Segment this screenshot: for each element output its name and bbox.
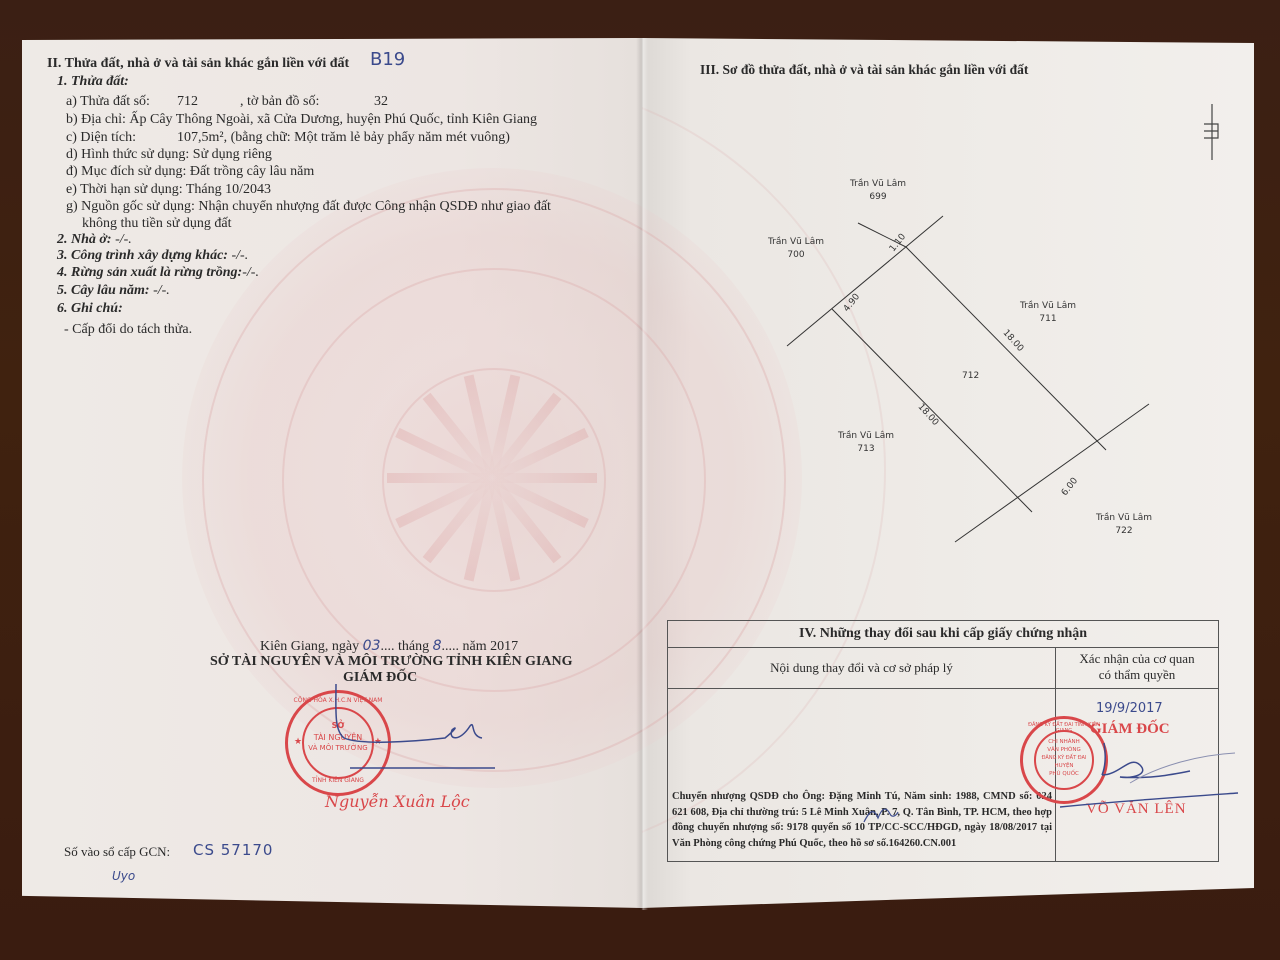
initials-mark [860,800,900,830]
parcel-number-label: a) Thửa đất số: [66,94,150,110]
header-confirm-line-2: có thẩm quyền [1056,667,1218,683]
header-change-content: Nội dung thay đổi và cơ sở pháp lý [668,648,1056,688]
signer-name: Nguyễn Xuân Lộc [325,792,470,811]
parcel-diagram [740,170,1240,570]
section-item-label: 6. Ghi chú: [57,301,123,316]
map-sheet-value: 32 [374,94,388,110]
parcel-heading: 1. Thửa đất: [57,74,129,90]
neighbor-parcel-number: 713 [838,443,894,456]
issue-day: 03 [363,638,381,654]
neighbor-owner: Trần Vũ Lâm [850,178,906,191]
note-text: - Cấp đổi do tách thửa. [64,322,192,338]
book-spine [636,38,648,910]
section-item: 6. Ghi chú: [57,301,123,317]
area-value: 107,5m², (bằng chữ: Một trăm lẻ bảy phẩy… [177,130,510,146]
section-title-ii: II. Thửa đất, nhà ở và tài sản khác gắn … [47,56,349,72]
north-arrow-icon [1202,104,1222,160]
address: b) Địa chỉ: Ấp Cây Thông Ngoài, xã Cửa D… [66,112,537,128]
area-label: c) Diện tích: [66,130,136,146]
subject-parcel-number: 712 [962,370,979,383]
director-signature [330,680,500,780]
changes-table-title: IV. Những thay đổi sau khi cấp giấy chứn… [668,621,1218,648]
neighbor-owner: Trần Vũ Lâm [768,236,824,249]
neighbor-parcel-label: Trần Vũ Lâm700 [768,236,824,262]
section-item-value: -/-. [112,232,132,247]
section-item: 2. Nhà ở: -/-. [57,232,132,248]
star-icon: ★ [294,737,302,747]
section-item-label: 4. Rừng sản xuất là rừng trồng: [57,265,242,280]
neighbor-parcel-number: 722 [1096,525,1152,538]
section-item-value: -/-. [242,265,259,280]
changes-table-header: Nội dung thay đổi và cơ sở pháp lý Xác n… [668,648,1218,689]
neighbor-parcel-label: Trần Vũ Lâm713 [838,430,894,456]
confirm-signature [1060,735,1240,815]
issue-date-line: Kiên Giang, ngày 03.... tháng 8..... năm… [260,638,518,655]
section-title-iii: III. Sơ đồ thửa đất, nhà ở và tài sản kh… [700,62,1028,78]
neighbor-parcel-number: 711 [1020,313,1076,326]
watermark-star [382,368,602,588]
month-label: tháng [398,639,429,654]
section-item: 3. Công trình xây dựng khác: -/-. [57,248,248,264]
section-item-label: 5. Cây lâu năm: [57,283,150,298]
neighbor-parcel-label: Trần Vũ Lâm711 [1020,300,1076,326]
section-item-label: 3. Công trình xây dựng khác: [57,248,228,263]
map-sheet-label: , tờ bản đồ số: [240,94,319,110]
usage-term: e) Thời hạn sử dụng: Tháng 10/2043 [66,182,271,198]
section-item-value: -/-. [150,283,170,298]
section-item: 4. Rừng sản xuất là rừng trồng:-/-. [57,265,259,281]
usage-form: d) Hình thức sử dụng: Sử dụng riêng [66,147,272,163]
neighbor-parcel-number: 699 [850,191,906,204]
header-authority-confirmation: Xác nhận của cơ quan có thẩm quyền [1056,648,1218,688]
section-item-value: -/-. [228,248,248,263]
change-content-cell: Chuyển nhượng QSDĐ cho Ông: Đặng Minh Tú… [668,689,1056,861]
usage-purpose: đ) Mục đích sử dụng: Đất trồng cây lâu n… [66,164,314,180]
parcel-number-value: 712 [177,94,198,110]
neighbor-owner: Trần Vũ Lâm [1020,300,1076,313]
registry-label: Số vào sổ cấp GCN: [64,844,170,860]
registry-number: CS 57170 [193,842,273,858]
header-confirm-line-1: Xác nhận của cơ quan [1056,651,1218,667]
neighbor-owner: Trần Vũ Lâm [1096,512,1152,525]
neighbor-parcel-label: Trần Vũ Lâm722 [1096,512,1152,538]
section-item-label: 2. Nhà ở: [57,232,112,247]
year-label: năm 2017 [463,639,519,654]
clerk-initials: Uyo [112,868,135,884]
usage-origin-cont: không thu tiền sử dụng đất [82,216,232,232]
section-item: 5. Cây lâu năm: -/-. [57,283,170,299]
branch-stamp-outer: ĐĂNG KÝ ĐẤT ĐAI TỈNH KIÊN GIANG [1023,722,1105,734]
neighbor-owner: Trần Vũ Lâm [838,430,894,443]
neighbor-parcel-label: Trần Vũ Lâm699 [850,178,906,204]
authority-name: SỞ TÀI NGUYÊN VÀ MÔI TRƯỜNG TỈNH KIÊN GI… [210,654,573,670]
confirm-date: 19/9/2017 [1096,701,1163,717]
issue-month: 8 [433,638,442,654]
usage-origin: g) Nguồn gốc sử dụng: Nhận chuyển nhượng… [66,199,551,215]
handwritten-tag: B19 [370,52,405,68]
neighbor-parcel-number: 700 [768,249,824,262]
date-prefix: Kiên Giang, ngày [260,639,359,654]
